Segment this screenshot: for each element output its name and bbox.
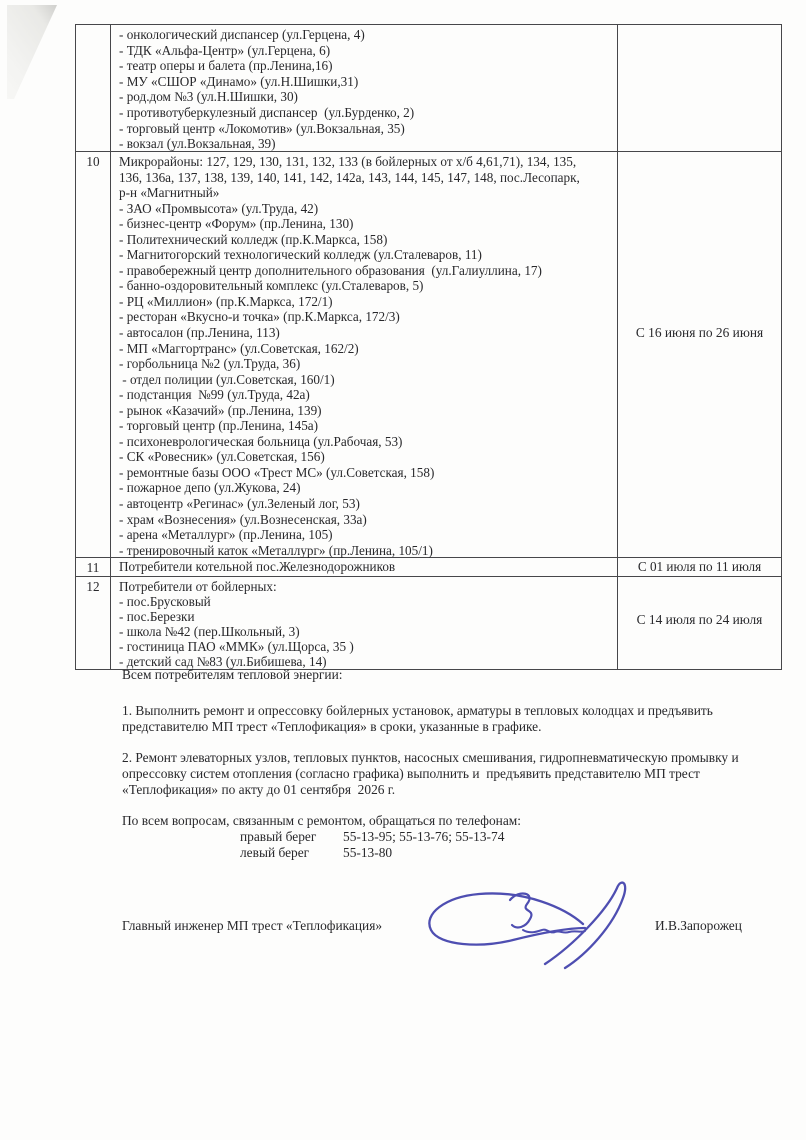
phone-row: левый берег 55-13-80	[240, 845, 790, 861]
table-text-line: - горбольница №2 (ул.Труда, 36)	[119, 356, 613, 372]
table-text-line: - школа №42 (пер.Школьный, 3)	[119, 624, 613, 639]
table-text-line: - ремонтные базы ООО «Трест МС» (ул.Сове…	[119, 465, 613, 481]
row-content-cell: Потребители котельной пос.Железнодорожни…	[111, 558, 618, 576]
table-text-line: - автосалон (пр.Ленина, 113)	[119, 325, 613, 341]
table-text-line: - рынок «Казачий» (пр.Ленина, 139)	[119, 403, 613, 419]
table-text-line: - ЗАО «Промвысота» (ул.Труда, 42)	[119, 201, 613, 217]
table-text-line: - РЦ «Миллион» (пр.К.Маркса, 172/1)	[119, 294, 613, 310]
table-text-line: Потребители от бойлерных:	[119, 579, 613, 594]
row-date-cell	[618, 25, 781, 152]
phone-row: правый берег 55-13-95; 55-13-76; 55-13-7…	[240, 829, 790, 845]
table-text-line: - ТДК «Альфа-Центр» (ул.Герцена, 6)	[119, 43, 613, 59]
phone-numbers: 55-13-95; 55-13-76; 55-13-74	[343, 829, 504, 845]
maintenance-schedule-table: - онкологический диспансер (ул.Герцена, …	[75, 24, 782, 670]
table-text-line: - ресторан «Вкусно-и точка» (пр.К.Маркса…	[119, 309, 613, 325]
table-row: 10 Микрорайоны: 127, 129, 130, 131, 132,…	[76, 152, 781, 558]
table-text-line: - пожарное депо (ул.Жукова, 24)	[119, 480, 613, 496]
table-text-line: - МП «Маггортранс» (ул.Советская, 162/2)	[119, 341, 613, 357]
row-number-cell: 10	[76, 152, 111, 558]
table-text-line: - Политехнический колледж (пр.К.Маркса, …	[119, 232, 613, 248]
table-text-line: - автоцентр «Регинас» (ул.Зеленый лог, 5…	[119, 496, 613, 512]
table-text-line: - бизнес-центр «Форум» (пр.Ленина, 130)	[119, 216, 613, 232]
row-content-cell: Потребители от бойлерных:- пос.Брусковый…	[111, 577, 618, 669]
table-text-line: - арена «Металлург» (пр.Ленина, 105)	[119, 527, 613, 543]
paragraph-line: опрессовку систем отопления (согласно гр…	[122, 766, 790, 782]
table-text-line: - вокзал (ул.Вокзальная, 39)	[119, 136, 613, 152]
phone-label: правый берег	[240, 829, 343, 845]
row-date-cell: С 01 июля по 11 июля	[618, 558, 781, 576]
row-date-cell: С 14 июля по 24 июля	[618, 577, 781, 669]
phones-list: правый берег 55-13-95; 55-13-76; 55-13-7…	[240, 829, 790, 861]
table-text-line: - подстанция №99 (ул.Труда, 42а)	[119, 387, 613, 403]
folded-corner-artifact	[7, 5, 57, 99]
paragraph-line: представителю МП трест «Теплофикация» в …	[122, 719, 790, 735]
table-text-line: - Магнитогорский технологический колледж…	[119, 247, 613, 263]
notes-section: Всем потребителям тепловой энергии: 1. В…	[122, 667, 790, 861]
row-content-cell: - онкологический диспансер (ул.Герцена, …	[111, 25, 618, 152]
paragraph-line: 2. Ремонт элеваторных узлов, тепловых пу…	[122, 750, 790, 766]
table-text-line: р-н «Магнитный»	[119, 185, 613, 201]
notes-intro: Всем потребителям тепловой энергии:	[122, 667, 790, 683]
signer-name: И.В.Запорожец	[655, 918, 742, 934]
signer-title: Главный инженер МП трест «Теплофикация»	[122, 918, 382, 934]
table-text-line: - отдел полиции (ул.Советская, 160/1)	[119, 372, 613, 388]
table-text-line: 136, 136а, 137, 138, 139, 140, 141, 142,…	[119, 170, 613, 186]
table-text-line: - пос.Березки	[119, 609, 613, 624]
table-text-line: Микрорайоны: 127, 129, 130, 131, 132, 13…	[119, 154, 613, 170]
paragraph-line: «Теплофикация» по акту до 01 сентября 20…	[122, 782, 790, 798]
table-text-line: - пос.Брусковый	[119, 594, 613, 609]
table-text-line: - банно-оздоровительный комплекс (ул.Ста…	[119, 278, 613, 294]
table-text-line: - МУ «СШОР «Динамо» (ул.Н.Шишки,31)	[119, 74, 613, 90]
table-text-line: - СК «Ровесник» (ул.Советская, 156)	[119, 449, 613, 465]
table-row: 12 Потребители от бойлерных:- пос.Бруско…	[76, 577, 781, 669]
notes-paragraph-1: 1. Выполнить ремонт и опрессовку бойлерн…	[122, 703, 790, 735]
table-text-line: - род.дом №3 (ул.Н.Шишки, 30)	[119, 89, 613, 105]
table-text-line: - торговый центр (пр.Ленина, 145а)	[119, 418, 613, 434]
row-number-cell	[76, 25, 111, 152]
phone-numbers: 55-13-80	[343, 845, 392, 861]
table-text-line: - театр оперы и балета (пр.Ленина,16)	[119, 58, 613, 74]
table-text-line: - онкологический диспансер (ул.Герцена, …	[119, 27, 613, 43]
table-text-line: - торговый центр «Локомотив» (ул.Вокзаль…	[119, 121, 613, 137]
table-text-line: - правобережный центр дополнительного об…	[119, 263, 613, 279]
paragraph-line: 1. Выполнить ремонт и опрессовку бойлерн…	[122, 703, 790, 719]
notes-paragraph-2: 2. Ремонт элеваторных узлов, тепловых пу…	[122, 750, 790, 798]
table-row: 11 Потребители котельной пос.Железнодоро…	[76, 558, 781, 577]
row-content-cell: Микрорайоны: 127, 129, 130, 131, 132, 13…	[111, 152, 618, 558]
table-text-line: - гостиница ПАО «ММК» (ул.Щорса, 35 )	[119, 639, 613, 654]
scanned-document-page: - онкологический диспансер (ул.Герцена, …	[0, 0, 806, 1140]
phone-label: левый берег	[240, 845, 343, 861]
handwritten-signature	[415, 876, 660, 980]
table-text-line: - тренировочный каток «Металлург» (пр.Ле…	[119, 543, 613, 559]
table-text-line: - храм «Вознесения» (ул.Вознесенская, 33…	[119, 512, 613, 528]
phones-heading: По всем вопросам, связанным с ремонтом, …	[122, 813, 790, 829]
row-date-cell: С 16 июня по 26 июня	[618, 152, 781, 558]
table-text-line: - противотуберкулезный диспансер (ул.Бур…	[119, 105, 613, 121]
row-number-cell: 12	[76, 577, 111, 669]
table-row: - онкологический диспансер (ул.Герцена, …	[76, 25, 781, 152]
row-number-cell: 11	[76, 558, 111, 576]
table-text-line: Потребители котельной пос.Железнодорожни…	[119, 559, 613, 575]
table-text-line: - психоневрологическая больница (ул.Рабо…	[119, 434, 613, 450]
